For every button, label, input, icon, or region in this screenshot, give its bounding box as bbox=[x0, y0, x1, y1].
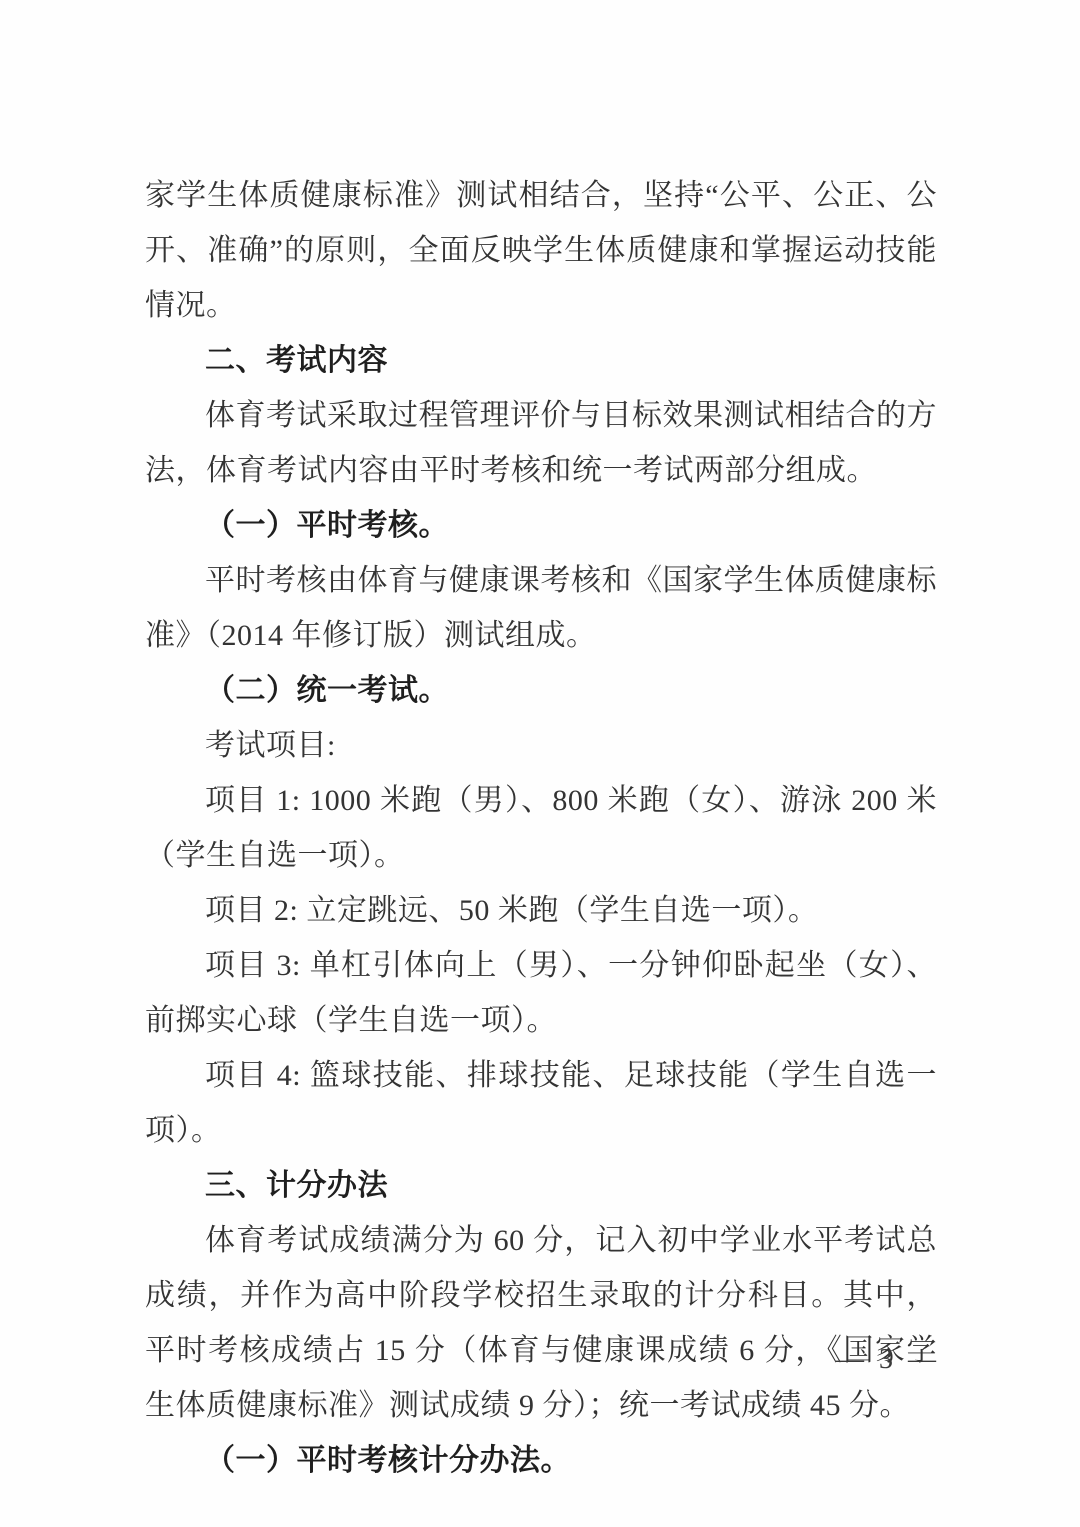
paragraph-scoring: 体育考试成绩满分为 60 分，记入初中学业水平考试总成绩，并作为高中阶段学校招生… bbox=[145, 1213, 937, 1433]
sub-heading-daily-assessment: （一）平时考核。 bbox=[145, 498, 937, 553]
page-number: — 3 — bbox=[836, 1340, 940, 1380]
document-page: 家学生体质健康标准》测试相结合，坚持“公平、公正、公开、准确”的原则，全面反映学… bbox=[0, 0, 1080, 1527]
section-heading-scoring-method: 三、计分办法 bbox=[145, 1158, 937, 1213]
sub-heading-daily-scoring-method: （一）平时考核计分办法。 bbox=[145, 1433, 937, 1488]
paragraph-item-4: 项目 4: 篮球技能、排球技能、足球技能（学生自选一项）。 bbox=[145, 1048, 937, 1158]
paragraph: 平时考核由体育与健康课考核和《国家学生体质健康标准》（2014 年修订版）测试组… bbox=[145, 553, 937, 663]
paragraph-exam-items-label: 考试项目: bbox=[145, 718, 937, 773]
paragraph-continuation: 家学生体质健康标准》测试相结合，坚持“公平、公正、公开、准确”的原则，全面反映学… bbox=[145, 168, 937, 333]
paragraph: 体育考试采取过程管理评价与目标效果测试相结合的方法，体育考试内容由平时考核和统一… bbox=[145, 388, 937, 498]
paragraph-item-3: 项目 3: 单杠引体向上（男）、一分钟仰卧起坐（女）、前掷实心球（学生自选一项）… bbox=[145, 938, 937, 1048]
section-heading-exam-content: 二、考试内容 bbox=[145, 333, 937, 388]
document-body: 家学生体质健康标准》测试相结合，坚持“公平、公正、公开、准确”的原则，全面反映学… bbox=[145, 168, 937, 1488]
paragraph-item-2: 项目 2: 立定跳远、50 米跑（学生自选一项）。 bbox=[145, 883, 937, 938]
paragraph-item-1: 项目 1: 1000 米跑（男）、800 米跑（女）、游泳 200 米（学生自选… bbox=[145, 773, 937, 883]
sub-heading-unified-exam: （二）统一考试。 bbox=[145, 663, 937, 718]
